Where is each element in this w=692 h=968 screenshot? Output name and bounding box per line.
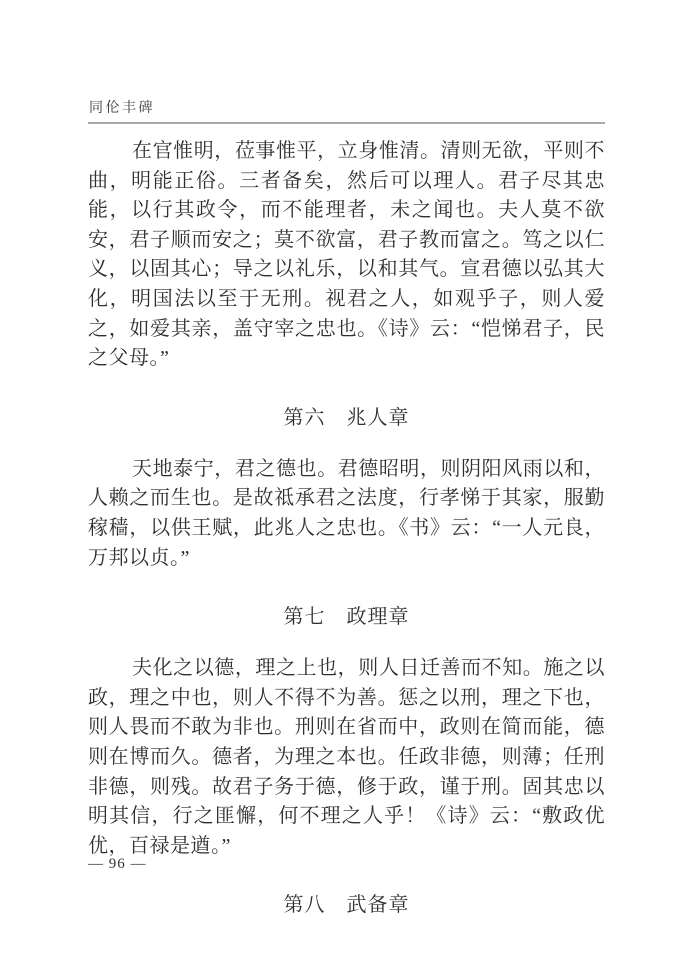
- chapter-heading-6: 第六 兆人章: [88, 401, 605, 430]
- page-body: 在官惟明，莅事惟平，立身惟清。清则无欲，平则不曲，明能正俗。三者备矣，然后可以理…: [88, 137, 605, 942]
- page-number: — 96 —: [88, 856, 147, 873]
- chapter-heading-7: 第七 政理章: [88, 600, 605, 629]
- paragraph-chapter-7: 夫化之以德，理之上也，则人日迁善而不知。施之以政，理之中也，则人不得不为善。惩之…: [88, 654, 605, 861]
- book-page: 同伦丰碑 在官惟明，莅事惟平，立身惟清。清则无欲，平则不曲，明能正俗。三者备矣，…: [0, 0, 692, 968]
- paragraph-intro: 在官惟明，莅事惟平，立身惟清。清则无欲，平则不曲，明能正俗。三者备矣，然后可以理…: [88, 137, 605, 374]
- paragraph-chapter-6: 天地泰宁，君之德也。君德昭明，则阴阳风雨以和，人赖之而生也。是故祗承君之法度，行…: [88, 455, 605, 573]
- running-head: 同伦丰碑: [89, 97, 155, 117]
- header-rule: [88, 122, 605, 124]
- chapter-heading-8: 第八 武备章: [88, 888, 605, 917]
